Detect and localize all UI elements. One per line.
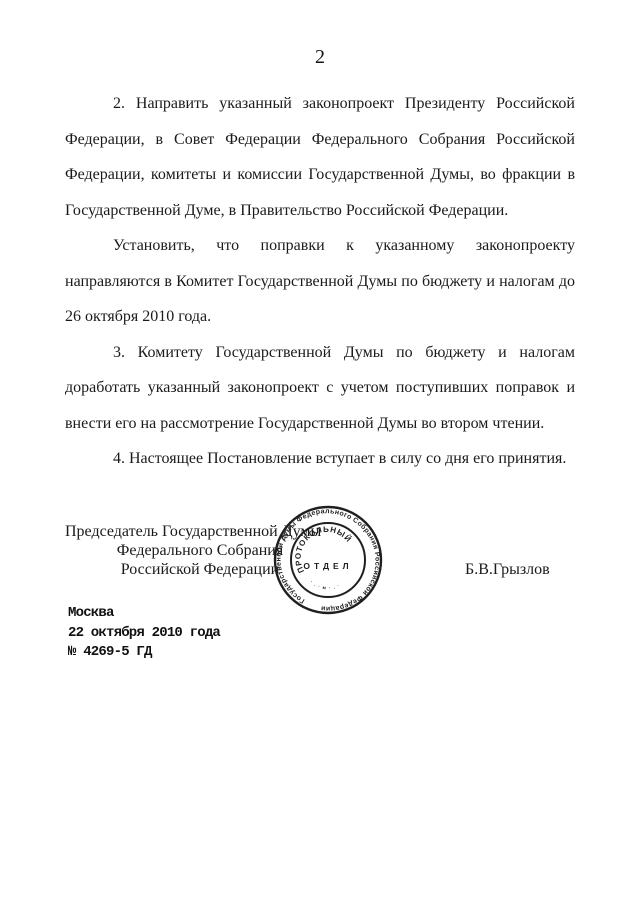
body-line: 26 октября 2010 года.: [65, 299, 575, 335]
body-line: 2. Направить указанный законопроект През…: [65, 86, 575, 122]
protocol-department-stamp-icon: Государственной Думы Федерального Собран…: [260, 492, 396, 628]
stamp-svg: Государственной Думы Федерального Собран…: [260, 492, 396, 628]
signatory-name: Б.В.Грызлов: [465, 560, 550, 579]
stamp-center-text: ОТДЕЛ: [303, 561, 352, 571]
page-number: 2: [65, 46, 575, 69]
footer-number: № 4269-5 ГД: [68, 643, 220, 663]
document-body: 2. Направить указанный законопроект През…: [65, 86, 575, 477]
body-line: Федерации, комитеты и комиссии Государст…: [65, 157, 575, 193]
footer-block: Москва 22 октября 2010 года № 4269-5 ГД: [68, 604, 220, 663]
footer-city: Москва: [68, 604, 220, 624]
body-line: Государственной Думе, в Правительство Ро…: [65, 193, 575, 229]
document-page: 2 2. Направить указанный законопроект Пр…: [0, 0, 640, 905]
body-line: внести его на рассмотрение Государственн…: [65, 406, 575, 442]
body-line: доработать указанный законопроект с учет…: [65, 370, 575, 406]
body-line: 3. Комитету Государственной Думы по бюдж…: [65, 335, 575, 371]
body-line: Федерации, в Совет Федерации Федеральног…: [65, 122, 575, 158]
body-line: направляются в Комитет Государственной Д…: [65, 264, 575, 300]
body-line: 4. Настоящее Постановление вступает в си…: [65, 441, 575, 477]
body-line: Установить, что поправки к указанному за…: [65, 228, 575, 264]
footer-date: 22 октября 2010 года: [68, 624, 220, 644]
stamp-bottom-text: · . · м · . ·: [309, 579, 341, 590]
